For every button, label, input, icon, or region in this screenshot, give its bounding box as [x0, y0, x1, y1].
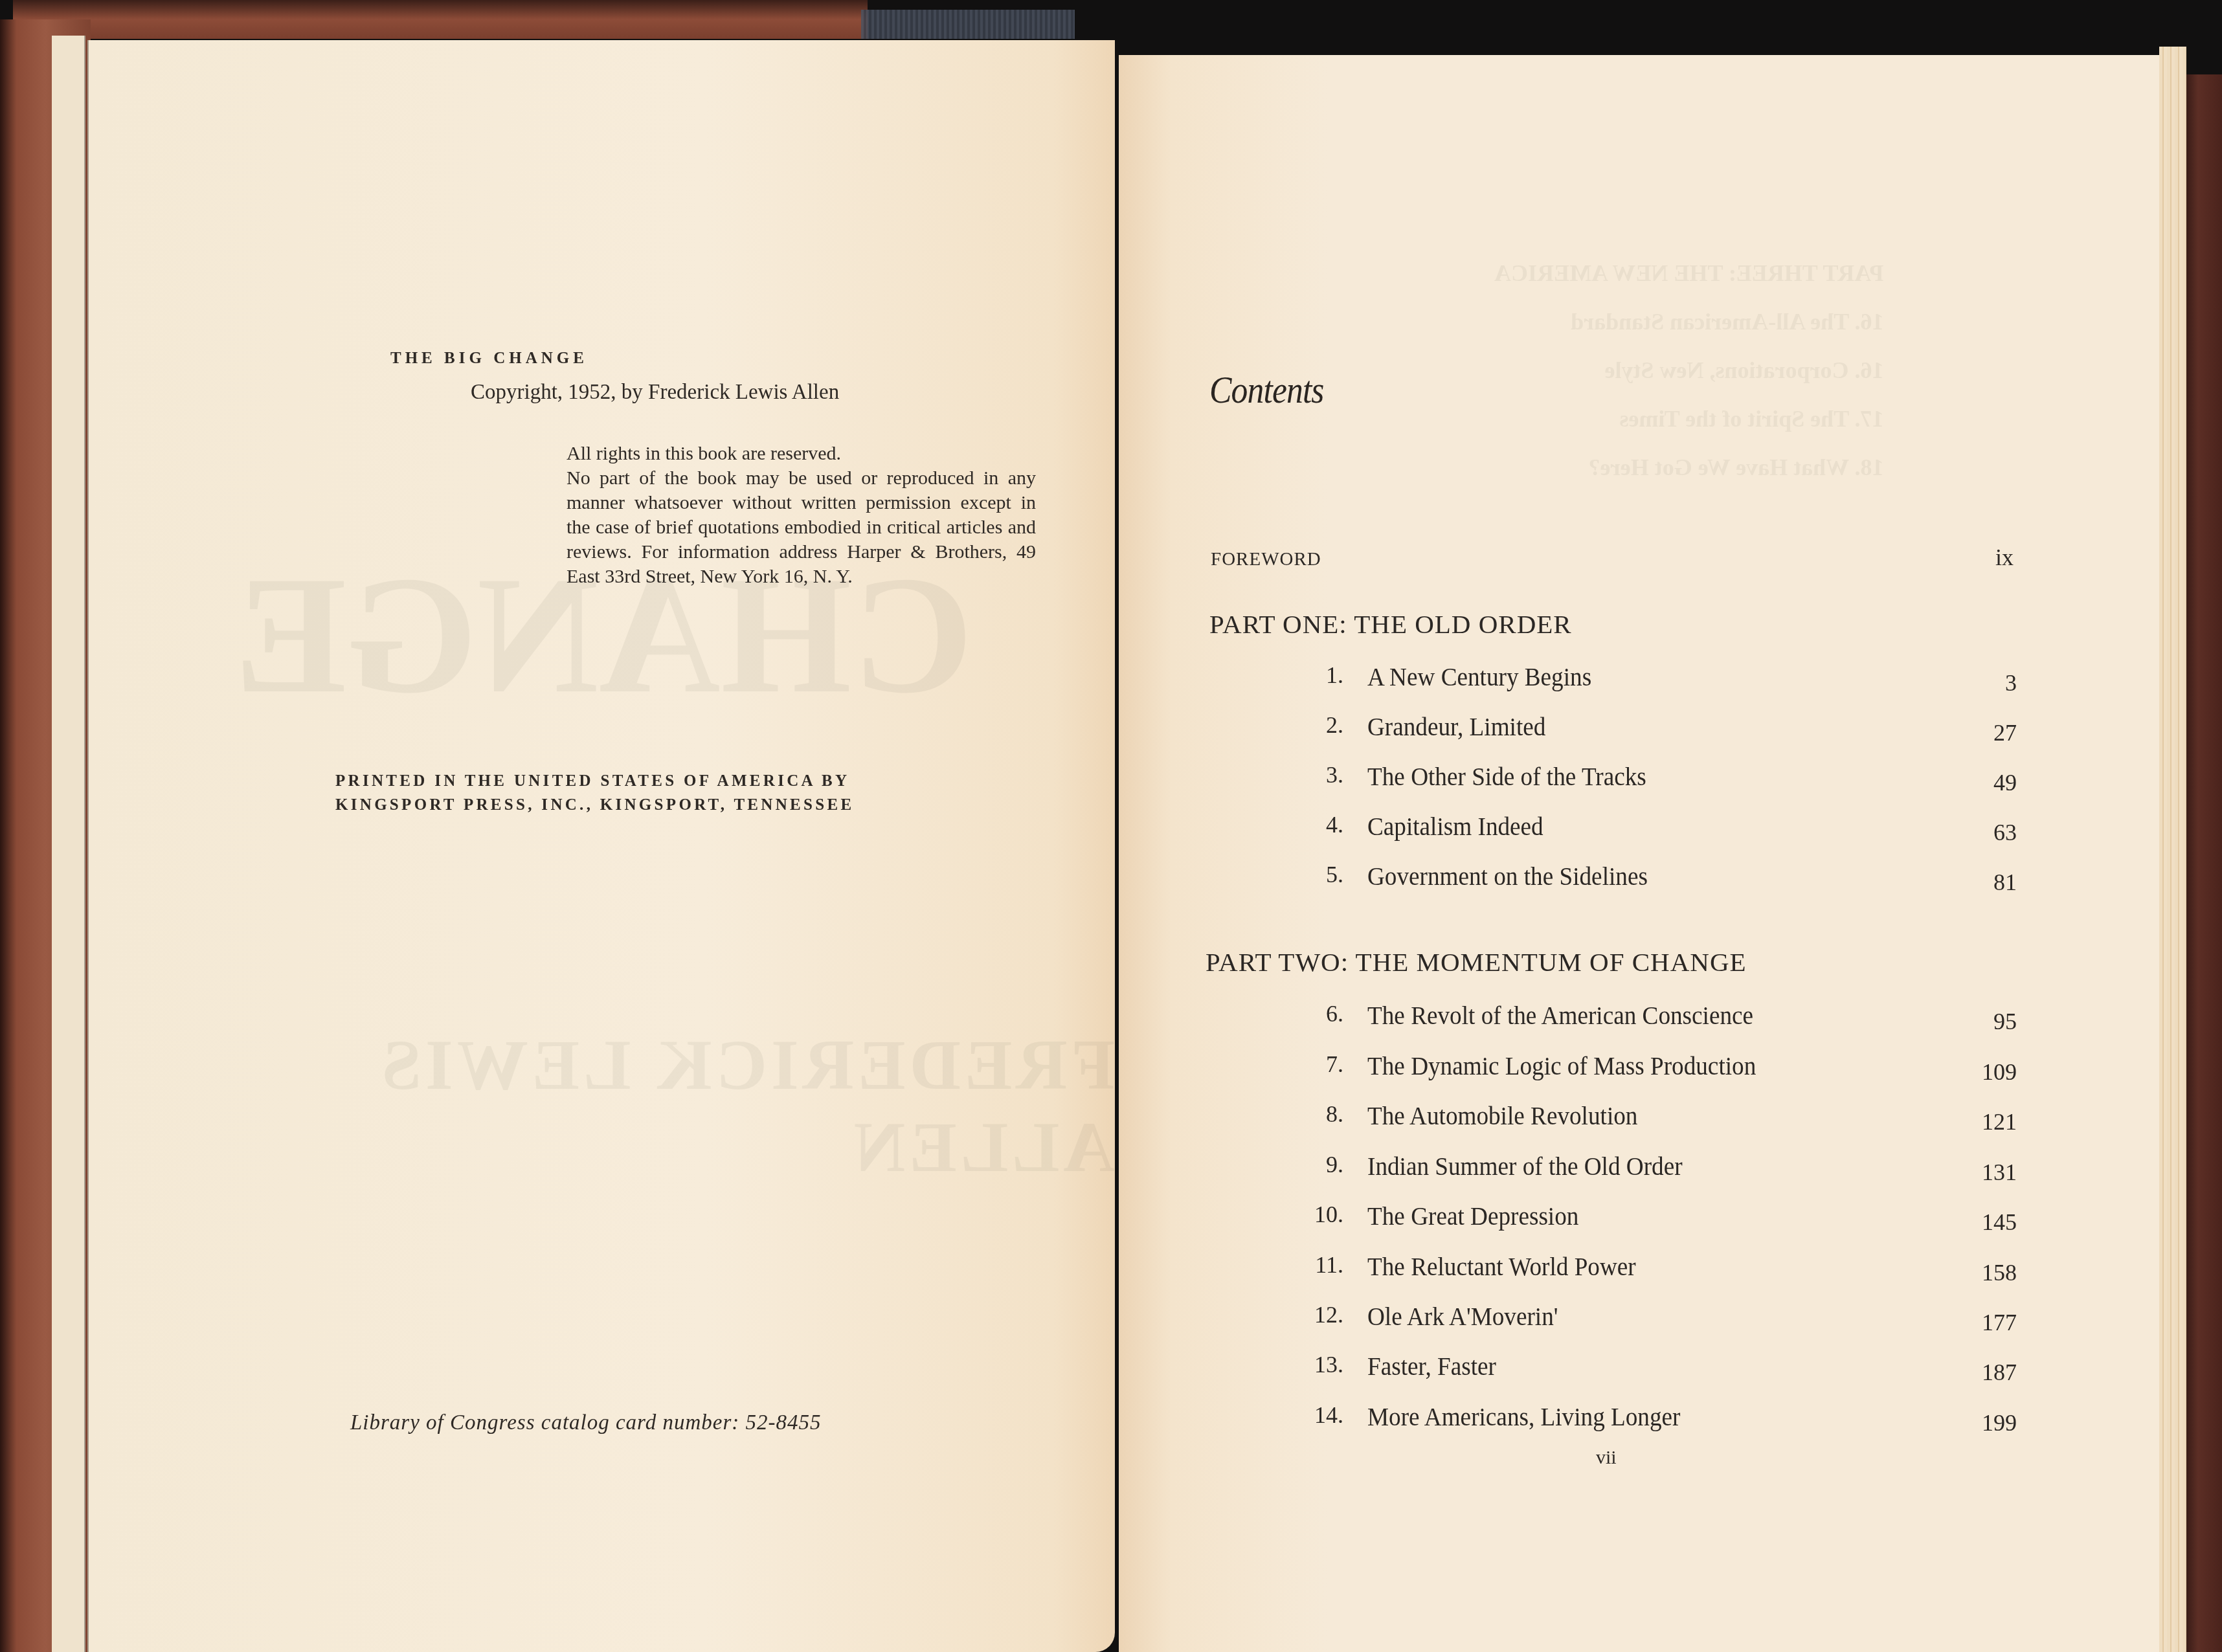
spine-tape	[861, 10, 1075, 39]
chapter-page: 63	[1993, 819, 2017, 846]
toc-entry[interactable]: 7. The Dynamic Logic of Mass Production …	[1288, 1051, 2017, 1089]
imprint-line-2: KINGSPORT PRESS, INC., KINGSPORT, TENNES…	[335, 793, 915, 817]
toc-entry[interactable]: 2. Grandeur, Limited 27	[1288, 711, 2017, 750]
chapter-title: The Automobile Revolution	[1367, 1100, 1637, 1131]
toc-foreword-page: ix	[1994, 544, 2014, 571]
page-fore-edge	[2159, 47, 2186, 1652]
chapter-page: 131	[1982, 1159, 2017, 1186]
chapter-number: 9.	[1288, 1151, 1343, 1178]
chapter-number: 4.	[1288, 811, 1343, 838]
chapter-number: 5.	[1288, 861, 1343, 888]
chapter-title: Indian Summer of the Old Order	[1367, 1151, 1683, 1181]
toc-foreword[interactable]: FOREWORD	[1211, 549, 1321, 570]
chapter-number: 3.	[1288, 761, 1343, 788]
rights-details: No part of the book may be used or repro…	[567, 466, 1036, 589]
toc-entry[interactable]: 11. The Reluctant World Power 158	[1288, 1251, 2017, 1290]
chapter-title: Faster, Faster	[1367, 1351, 1496, 1381]
chapter-page: 27	[1993, 719, 2017, 746]
toc-entry[interactable]: 13. Faster, Faster 187	[1288, 1351, 2017, 1390]
chapter-title: Government on the Sidelines	[1367, 861, 1648, 891]
contents-heading: Contents	[1209, 368, 1324, 412]
chapter-page: 49	[1993, 769, 2017, 796]
chapter-title: More Americans, Living Longer	[1367, 1401, 1680, 1432]
chapter-page: 95	[1993, 1008, 2017, 1035]
chapter-title: The Revolt of the American Conscience	[1367, 1000, 1753, 1031]
rights-statement: All rights in this book are reserved. No…	[567, 441, 1036, 589]
chapter-title: A New Century Begins	[1367, 662, 1591, 692]
chapter-title: The Dynamic Logic of Mass Production	[1367, 1051, 1756, 1081]
chapter-number: 13.	[1288, 1351, 1343, 1378]
chapter-title: Grandeur, Limited	[1367, 711, 1545, 742]
toc-entry[interactable]: 12. Ole Ark A'Moverin' 177	[1288, 1301, 2017, 1340]
library-of-congress-number: Library of Congress catalog card number:…	[350, 1411, 822, 1435]
chapter-page: 158	[1982, 1259, 2017, 1286]
toc-entry[interactable]: 4. Capitalism Indeed 63	[1288, 811, 2017, 850]
chapter-number: 2.	[1288, 711, 1343, 739]
chapter-number: 14.	[1288, 1401, 1343, 1429]
toc-entry[interactable]: 1. A New Century Begins 3	[1288, 662, 2017, 700]
toc-entry[interactable]: 9. Indian Summer of the Old Order 131	[1288, 1151, 2017, 1190]
chapter-page: 121	[1982, 1108, 2017, 1135]
toc-entry[interactable]: 14. More Americans, Living Longer 199	[1288, 1401, 2017, 1440]
toc-entry[interactable]: 5. Government on the Sidelines 81	[1288, 861, 2017, 900]
part-two-heading: PART TWO: THE MOMENTUM OF CHANGE	[1206, 946, 1747, 977]
copyright-notice: Copyright, 1952, by Frederick Lewis Alle…	[471, 381, 839, 405]
page-number: vii	[1596, 1447, 1617, 1469]
chapter-page: 177	[1982, 1309, 2017, 1336]
chapter-number: 6.	[1288, 1000, 1343, 1027]
toc-entry[interactable]: 10. The Great Depression 145	[1288, 1201, 2017, 1240]
chapter-page: 199	[1982, 1409, 2017, 1436]
showthrough-author: FREDERICK LEWIS ALLEN	[244, 1024, 1115, 1189]
chapter-number: 11.	[1288, 1251, 1343, 1278]
toc-entry[interactable]: 8. The Automobile Revolution 121	[1288, 1100, 2017, 1139]
rights-reserved: All rights in this book are reserved.	[567, 441, 1036, 466]
chapter-number: 10.	[1288, 1201, 1343, 1228]
chapter-number: 12.	[1288, 1301, 1343, 1328]
chapter-title: Ole Ark A'Moverin'	[1367, 1301, 1558, 1332]
chapter-page: 81	[1993, 869, 2017, 896]
book-cover-top-edge	[13, 0, 868, 39]
imprint-line-1: PRINTED IN THE UNITED STATES OF AMERICA …	[335, 769, 915, 793]
chapter-page: 145	[1982, 1209, 2017, 1236]
toc-entry[interactable]: 3. The Other Side of the Tracks 49	[1288, 761, 2017, 800]
chapter-title: The Reluctant World Power	[1367, 1251, 1636, 1282]
showthrough-next-page: PART THREE: THE NEW AMERICA 16. The All-…	[1494, 249, 1884, 492]
chapter-title: The Other Side of the Tracks	[1367, 761, 1646, 792]
chapter-page: 187	[1982, 1359, 2017, 1386]
chapter-page: 109	[1982, 1058, 2017, 1086]
copyright-page: CHANGE FREDERICK LEWIS ALLEN	[87, 40, 1115, 1652]
chapter-number: 1.	[1288, 662, 1343, 689]
part-one-heading: PART ONE: THE OLD ORDER	[1209, 608, 1572, 640]
toc-entry[interactable]: 6. The Revolt of the American Conscience…	[1288, 1000, 2017, 1039]
book-title: THE BIG CHANGE	[390, 350, 588, 368]
chapter-title: Capitalism Indeed	[1367, 811, 1543, 842]
chapter-number: 8.	[1288, 1100, 1343, 1128]
chapter-title: The Great Depression	[1367, 1201, 1578, 1231]
book-cover-right	[2182, 74, 2222, 1652]
chapter-page: 3	[2005, 669, 2017, 697]
printer-imprint: PRINTED IN THE UNITED STATES OF AMERICA …	[335, 769, 915, 817]
leaf-edge	[65, 52, 85, 1652]
chapter-number: 7.	[1288, 1051, 1343, 1078]
